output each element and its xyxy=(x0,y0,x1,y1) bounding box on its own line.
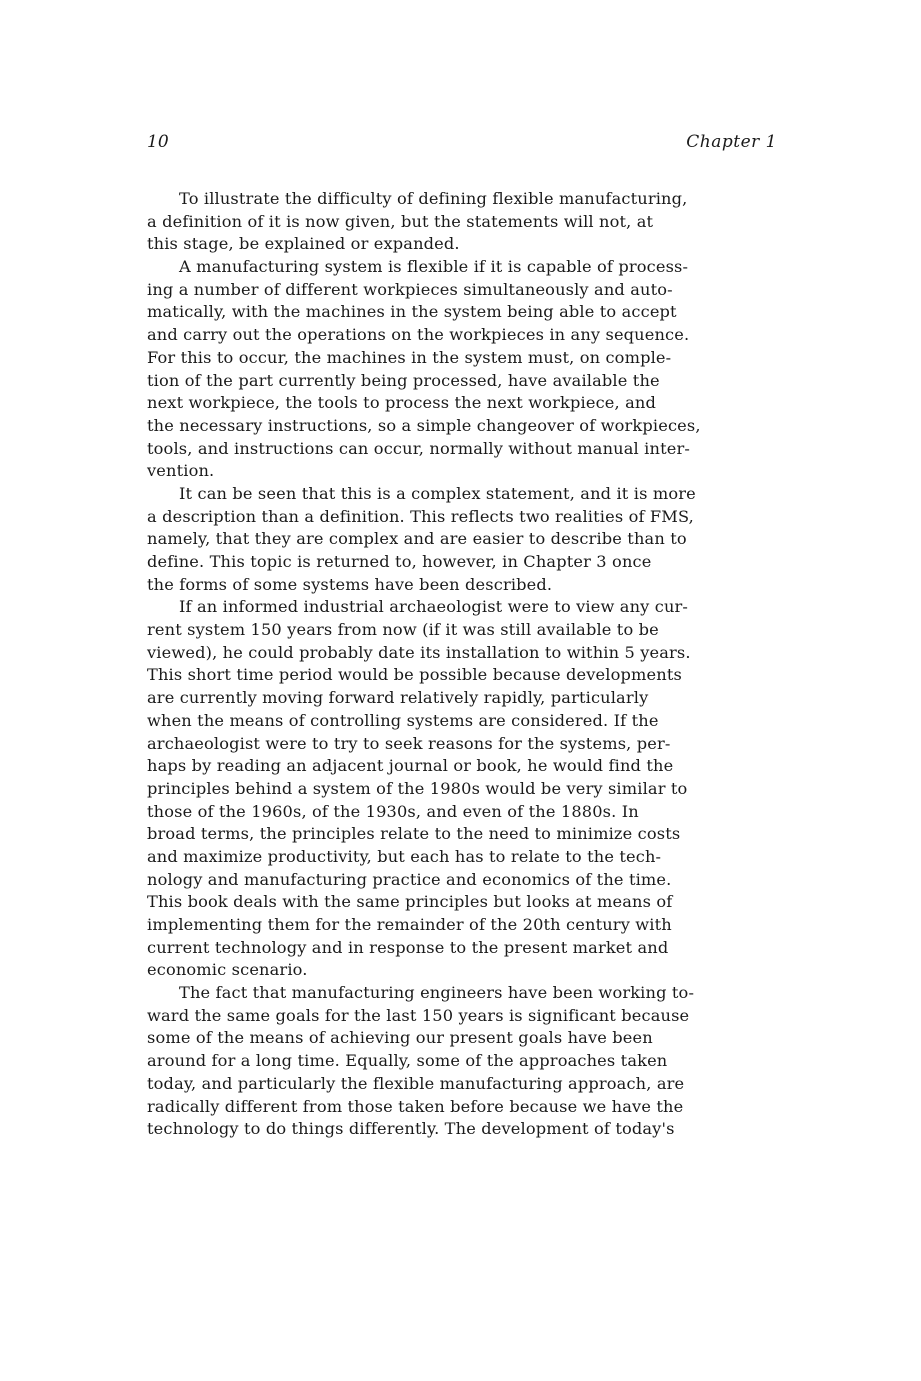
text-line: are currently moving forward relatively … xyxy=(147,687,807,710)
text-line: tools, and instructions can occur, norma… xyxy=(147,438,807,461)
text-line: rent system 150 years from now (if it wa… xyxy=(147,619,807,642)
text-line: nology and manufacturing practice and ec… xyxy=(147,869,807,892)
chapter-label: Chapter 1 xyxy=(686,132,777,152)
text-line: archaeologist were to try to seek reason… xyxy=(147,733,807,756)
text-line: when the means of controlling systems ar… xyxy=(147,710,807,733)
text-line: this stage, be explained or expanded. xyxy=(147,233,807,256)
text-line: vention. xyxy=(147,460,807,483)
page-number: 10 xyxy=(147,132,169,152)
text-line: the necessary instructions, so a simple … xyxy=(147,415,807,438)
text-line: To illustrate the difficulty of defining… xyxy=(147,188,807,211)
body-text: To illustrate the difficulty of defining… xyxy=(147,188,807,1141)
text-line: If an informed industrial archaeologist … xyxy=(147,596,807,619)
text-line: viewed), he could probably date its inst… xyxy=(147,642,807,665)
paragraph-complex-statement: It can be seen that this is a complex st… xyxy=(147,483,807,596)
text-line: The fact that manufacturing engineers ha… xyxy=(147,982,807,1005)
text-line: some of the means of achieving our prese… xyxy=(147,1027,807,1050)
text-line: around for a long time. Equally, some of… xyxy=(147,1050,807,1073)
paragraph-same-goals: The fact that manufacturing engineers ha… xyxy=(147,982,807,1141)
text-line: next workpiece, the tools to process the… xyxy=(147,392,807,415)
text-line: those of the 1960s, of the 1930s, and ev… xyxy=(147,801,807,824)
paragraph-definition-intro: To illustrate the difficulty of defining… xyxy=(147,188,807,256)
text-line: namely, that they are complex and are ea… xyxy=(147,528,807,551)
text-line: current technology and in response to th… xyxy=(147,937,807,960)
paragraph-archaeologist: If an informed industrial archaeologist … xyxy=(147,596,807,982)
text-line: implementing them for the remainder of t… xyxy=(147,914,807,937)
text-line: the forms of some systems have been desc… xyxy=(147,574,807,597)
paragraph-fms-definition: A manufacturing system is flexible if it… xyxy=(147,256,807,483)
text-line: today, and particularly the flexible man… xyxy=(147,1073,807,1096)
text-line: It can be seen that this is a complex st… xyxy=(147,483,807,506)
text-line: a description than a definition. This re… xyxy=(147,506,807,529)
text-line: ing a number of different workpieces sim… xyxy=(147,279,807,302)
text-line: matically, with the machines in the syst… xyxy=(147,301,807,324)
text-line: broad terms, the principles relate to th… xyxy=(147,823,807,846)
text-line: economic scenario. xyxy=(147,959,807,982)
text-line: This short time period would be possible… xyxy=(147,664,807,687)
text-line: radically different from those taken bef… xyxy=(147,1096,807,1119)
text-line: For this to occur, the machines in the s… xyxy=(147,347,807,370)
text-line: and maximize productivity, but each has … xyxy=(147,846,807,869)
running-head: 10 Chapter 1 xyxy=(147,132,777,156)
book-page: 10 Chapter 1 To illustrate the difficult… xyxy=(0,0,921,1381)
text-line: a definition of it is now given, but the… xyxy=(147,211,807,234)
text-line: and carry out the operations on the work… xyxy=(147,324,807,347)
text-line: This book deals with the same principles… xyxy=(147,891,807,914)
text-line: technology to do things differently. The… xyxy=(147,1118,807,1141)
text-line: define. This topic is returned to, howev… xyxy=(147,551,807,574)
text-line: ward the same goals for the last 150 yea… xyxy=(147,1005,807,1028)
text-line: tion of the part currently being process… xyxy=(147,370,807,393)
text-line: haps by reading an adjacent journal or b… xyxy=(147,755,807,778)
text-line: principles behind a system of the 1980s … xyxy=(147,778,807,801)
text-line: A manufacturing system is flexible if it… xyxy=(147,256,807,279)
